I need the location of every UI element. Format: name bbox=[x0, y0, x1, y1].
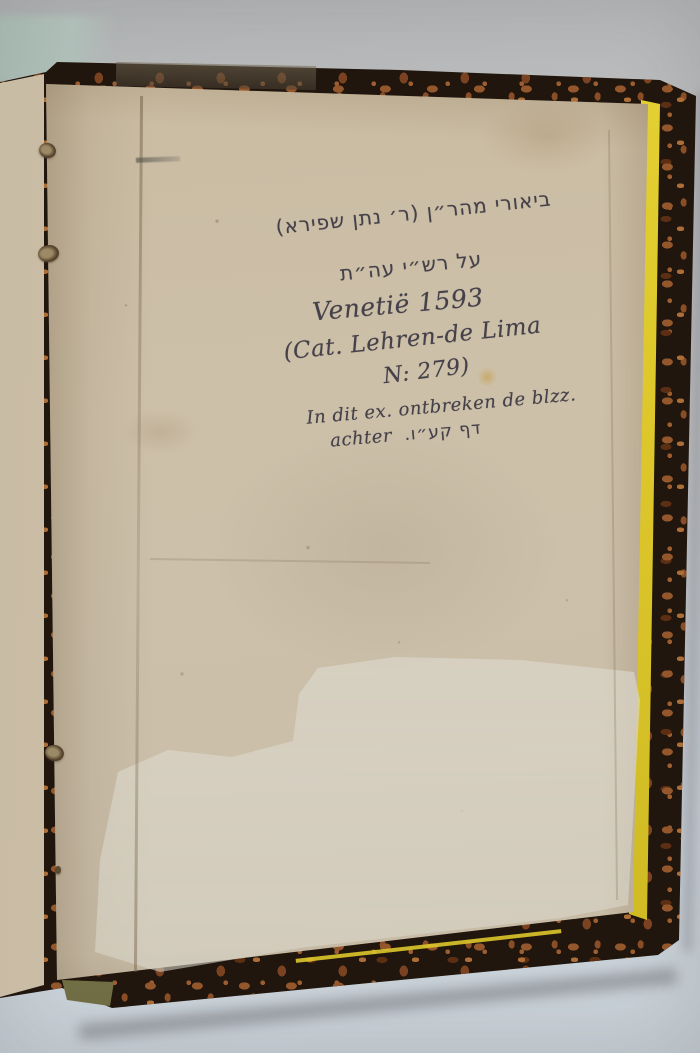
sewing-station-4 bbox=[55, 866, 61, 874]
book-photo: ביאורי מהר״ן (ר׳ נתן שפירא) על רש״י עה״ת… bbox=[0, 0, 700, 1053]
worn-cover-strip bbox=[116, 62, 316, 90]
